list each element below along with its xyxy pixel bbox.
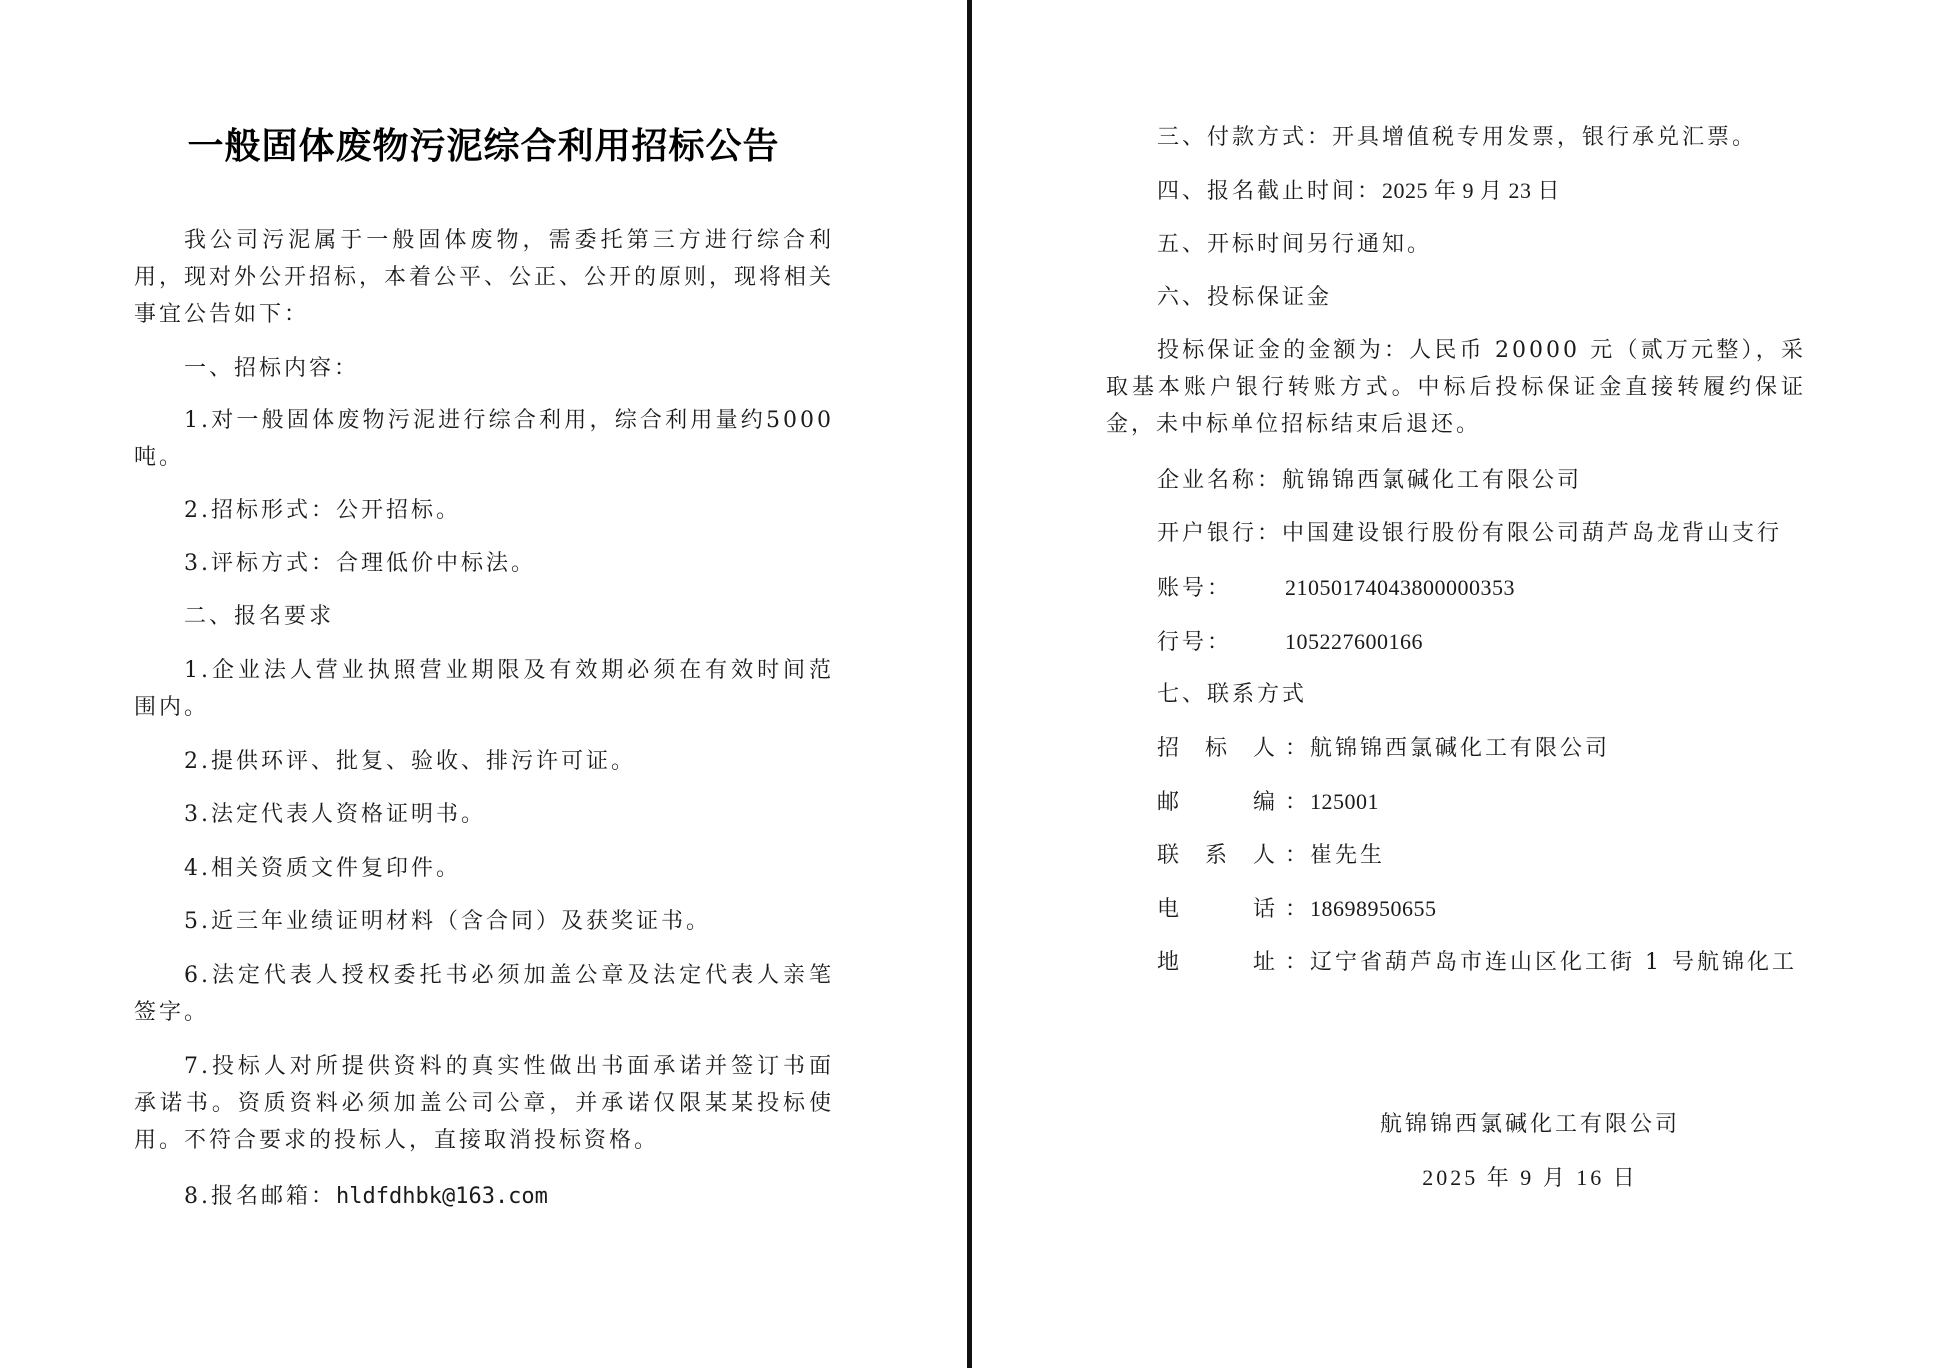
signature-date: 2025 年 9 月 16 日 xyxy=(1340,1159,1720,1196)
bank-code-label: 行号： xyxy=(1157,624,1285,661)
email-link[interactable]: hldfdhbk@163.com xyxy=(336,1184,548,1209)
contact-label: 电话 xyxy=(1157,891,1275,928)
contact-row-address: 地址：辽宁省葫芦岛市连山区化工街 1 号航锦化工 xyxy=(1157,944,1797,981)
section-2-heading: 二、报名要求 xyxy=(134,598,834,635)
section-2-item-6: 6.法定代表人授权委托书必须加盖公章及法定代表人亲笔签字。 xyxy=(134,957,834,1031)
document-title: 一般固体废物污泥综合利用招标公告 xyxy=(0,118,967,169)
bank-value: 中国建设银行股份有限公司葫芦岛龙背山支行 xyxy=(1282,521,1782,546)
contact-row-postcode: 邮编：125001 xyxy=(1157,783,1379,821)
contact-value: 18698950655 xyxy=(1310,896,1437,921)
page-divider xyxy=(967,0,972,1368)
bank-row: 开户银行：中国建设银行股份有限公司葫芦岛龙背山支行 xyxy=(1157,515,1782,552)
contact-label: 联系人 xyxy=(1157,837,1275,874)
section-5-opening: 五、开标时间另行通知。 xyxy=(1157,226,1432,263)
contact-row-person: 联系人：崔先生 xyxy=(1157,837,1385,874)
section-1-heading: 一、招标内容： xyxy=(134,350,834,387)
section-3-payment: 三、付款方式：开具增值税专用发票，银行承兑汇票。 xyxy=(1157,119,1757,156)
section-1-item-1: 1.对一般固体废物污泥进行综合利用，综合利用量约5000吨。 xyxy=(134,402,834,476)
section-7-heading: 七、联系方式 xyxy=(1157,676,1307,713)
section-2-item-2: 2.提供环评、批复、验收、排污许可证。 xyxy=(134,743,834,780)
deadline-label: 四、报名截止时间： xyxy=(1157,179,1382,204)
deposit-paragraph: 投标保证金的金额为：人民币 20000 元（贰万元整），采取基本账户银行转账方式… xyxy=(1106,332,1806,443)
company-name-row: 企业名称：航锦锦西氯碱化工有限公司 xyxy=(1157,462,1582,499)
left-page: 一般固体废物污泥综合利用招标公告 我公司污泥属于一般固体废物，需委托第三方进行综… xyxy=(0,0,967,1368)
section-2-item-8: 8.报名邮箱：hldfdhbk@163.com xyxy=(134,1178,834,1215)
account-label: 账号： xyxy=(1157,570,1285,607)
deadline-date: 2025 年 9 月 23 日 xyxy=(1382,178,1560,203)
company-name-label: 企业名称： xyxy=(1157,468,1282,493)
company-name-value: 航锦锦西氯碱化工有限公司 xyxy=(1282,468,1582,493)
section-2-item-7: 7.投标人对所提供资料的真实性做出书面承诺并签订书面承诺书。资质资料必须加盖公司… xyxy=(134,1048,834,1159)
section-1-item-2: 2.招标形式：公开招标。 xyxy=(134,492,834,529)
signature-company: 航锦锦西氯碱化工有限公司 xyxy=(1340,1106,1720,1143)
section-1-item-3: 3.评标方式：合理低价中标法。 xyxy=(134,545,834,582)
contact-value: 航锦锦西氯碱化工有限公司 xyxy=(1310,736,1610,761)
section-4-deadline: 四、报名截止时间：2025 年 9 月 23 日 xyxy=(1157,172,1560,210)
section-2-item-5: 5.近三年业绩证明材料（含合同）及获奖证书。 xyxy=(134,903,834,940)
contact-value: 崔先生 xyxy=(1310,843,1385,868)
contact-label: 地址 xyxy=(1157,944,1275,981)
bank-label: 开户银行： xyxy=(1157,521,1282,546)
intro-paragraph: 我公司污泥属于一般固体废物，需委托第三方进行综合利用，现对外公开招标，本着公平、… xyxy=(134,222,834,333)
section-2-item-4: 4.相关资质文件复印件。 xyxy=(134,850,834,887)
contact-label: 招标人 xyxy=(1157,730,1275,767)
account-number: 21050174043800000353 xyxy=(1285,569,1515,606)
email-label: 8.报名邮箱： xyxy=(184,1184,336,1209)
section-2-item-1: 1.企业法人营业执照营业期限及有效期必须在有效时间范围内。 xyxy=(134,652,834,726)
contact-row-tenderer: 招标人：航锦锦西氯碱化工有限公司 xyxy=(1157,730,1610,767)
contact-label: 邮编 xyxy=(1157,784,1275,821)
bank-code-value: 105227600166 xyxy=(1285,623,1423,660)
contact-value: 辽宁省葫芦岛市连山区化工街 1 号航锦化工 xyxy=(1310,950,1797,975)
contact-value: 125001 xyxy=(1310,789,1379,814)
contact-row-phone: 电话：18698950655 xyxy=(1157,890,1437,928)
bank-code-row: 行号：105227600166 xyxy=(1157,623,1423,661)
section-6-heading: 六、投标保证金 xyxy=(1157,279,1332,316)
account-row: 账号：21050174043800000353 xyxy=(1157,569,1515,607)
section-2-item-3: 3.法定代表人资格证明书。 xyxy=(134,796,834,833)
